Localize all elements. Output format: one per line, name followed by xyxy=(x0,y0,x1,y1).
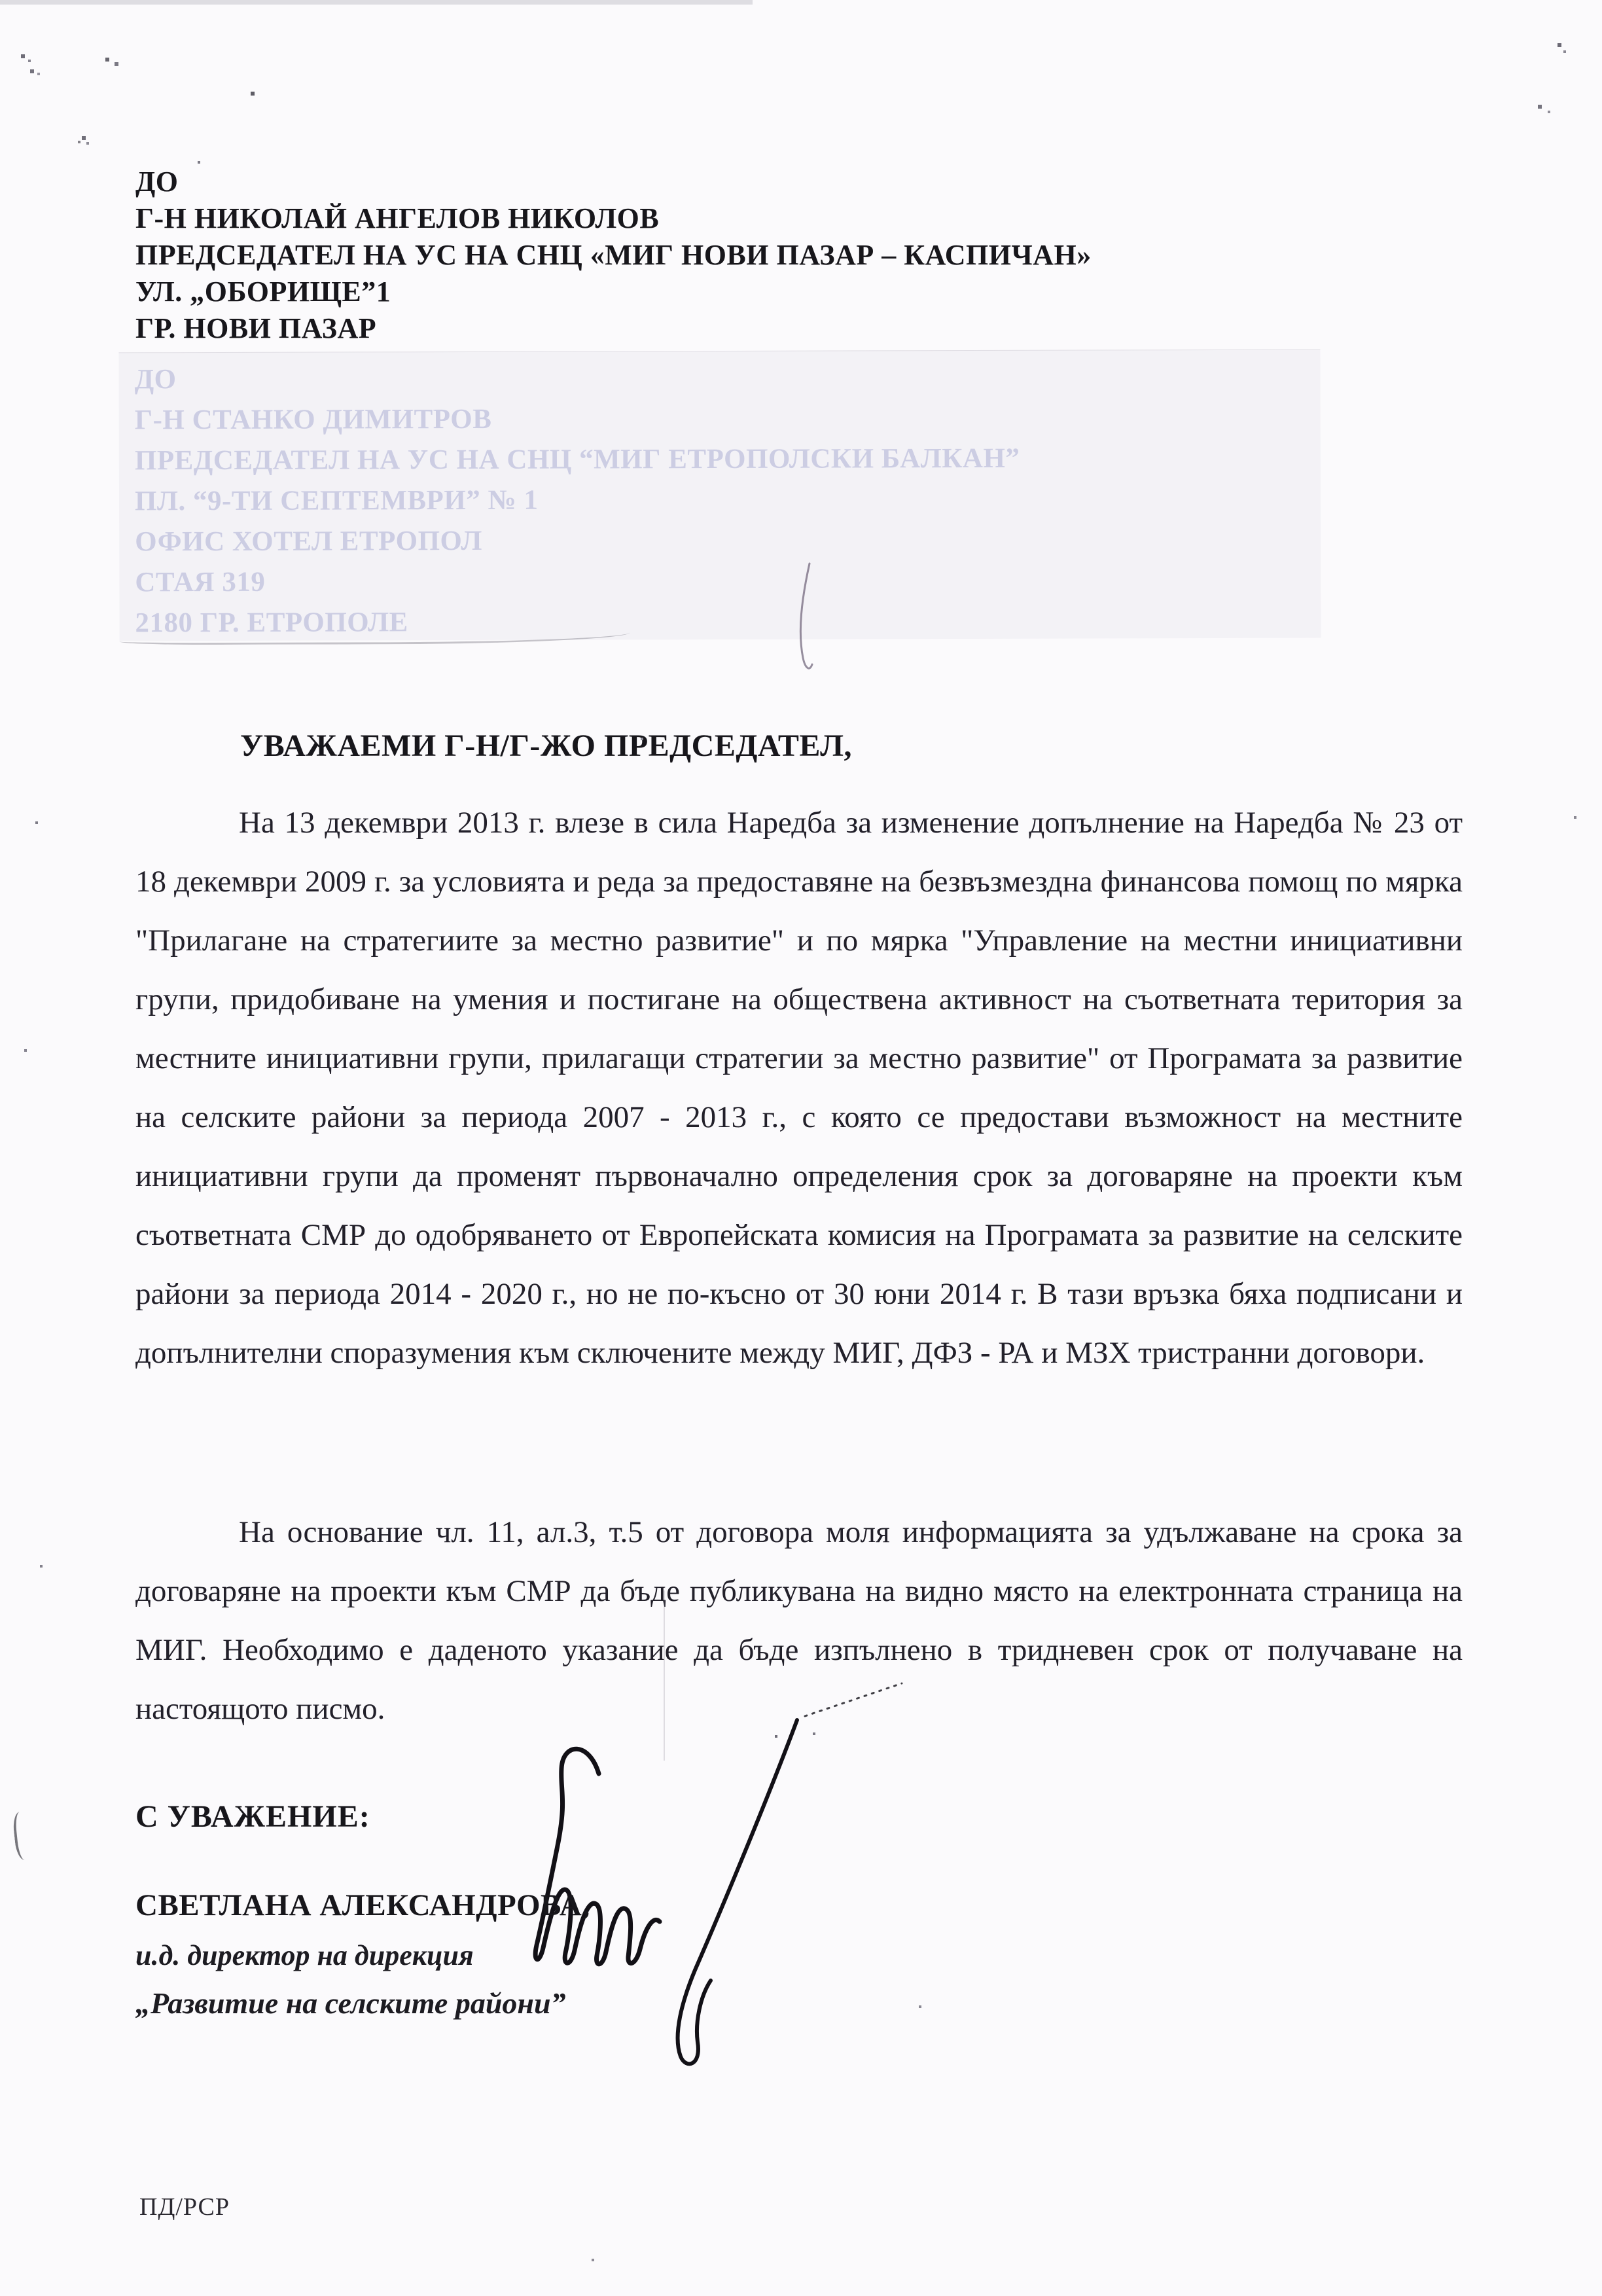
recipient-line: ПРЕДСЕДАТЕЛ НА УС НА СНЦ «МИГ НОВИ ПАЗАР… xyxy=(135,237,1092,274)
recipient-line: ГР. НОВИ ПАЗАР xyxy=(135,310,1092,347)
scanned-letter-page: ДО Г-Н НИКОЛАЙ АНГЕЛОВ НИКОЛОВ ПРЕДСЕДАТ… xyxy=(0,0,1602,2296)
signatory-title-line1: и.д. директор на дирекция xyxy=(135,1939,474,1972)
covered-line: ОФИС ХОТЕЛ ЕТРОПОЛ xyxy=(135,520,1020,563)
typist-initials: ПД/РСР xyxy=(139,2193,230,2221)
pen-scratch-artifact xyxy=(789,560,828,677)
signatory-name: СВЕТЛАНА АЛЕКСАНДРОВА, xyxy=(135,1888,590,1923)
covered-line: ПРЕДСЕДАТЕЛ НА УС НА СНЦ “МИГ ЕТРОПОЛСКИ… xyxy=(135,439,1020,482)
recipient-line: ДО xyxy=(135,164,1092,200)
covered-line: ДО xyxy=(134,357,1020,401)
salutation: УВАЖАЕМИ Г-Н/Г-ЖО ПРЕДСЕДАТЕЛ, xyxy=(240,728,852,764)
whiteout-patch: ДО Г-Н СТАНКО ДИМИТРОВ ПРЕДСЕДАТЕЛ НА УС… xyxy=(118,350,1321,641)
covered-line: Г-Н СТАНКО ДИМИТРОВ xyxy=(135,398,1020,441)
covered-line: ПЛ. “9-ТИ СЕПТЕМВРИ” № 1 xyxy=(135,479,1020,522)
signatory-title-line2: „Развитие на селските райони” xyxy=(135,1986,566,2020)
stray-pen-mark xyxy=(12,1811,33,1861)
covered-address-block: ДО Г-Н СТАНКО ДИМИТРОВ ПРЕДСЕДАТЕЛ НА УС… xyxy=(134,357,1020,644)
scan-speck-artifacts xyxy=(0,0,1,1)
covered-line: СТАЯ 319 xyxy=(135,560,1020,603)
body-paragraph-1: На 13 декември 2013 г. влезе в сила Наре… xyxy=(135,793,1463,1382)
recipient-address-block: ДО Г-Н НИКОЛАЙ АНГЕЛОВ НИКОЛОВ ПРЕДСЕДАТ… xyxy=(135,164,1092,347)
closing-salute: С УВАЖЕНИЕ: xyxy=(135,1799,370,1835)
scanner-edge-artifact xyxy=(0,0,753,5)
recipient-line: УЛ. „ОБОРИЩЕ”1 xyxy=(135,274,1092,310)
patch-bottom-edge xyxy=(120,632,630,645)
recipient-line: Г-Н НИКОЛАЙ АНГЕЛОВ НИКОЛОВ xyxy=(135,200,1092,237)
